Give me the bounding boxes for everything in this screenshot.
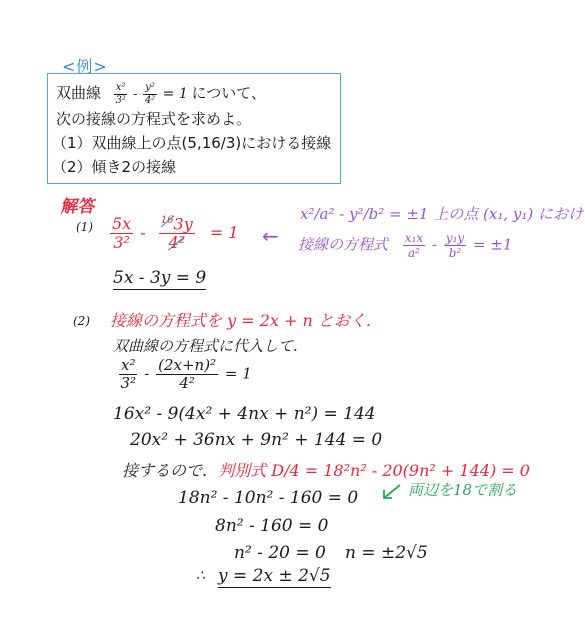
- fraction-term2: y² 4²: [143, 83, 157, 106]
- part2-substitute: 双曲線の方程式に代入して.: [113, 335, 298, 356]
- problem-line1-prefix: 双曲線: [56, 84, 101, 102]
- hyperbola-equation: x² 3² - y² 4² = 1: [112, 87, 192, 101]
- part1-frac2: 163y 4²: [159, 216, 195, 251]
- problem-line1-suffix: について、: [192, 84, 266, 102]
- green-arrow-icon: [380, 482, 404, 502]
- green-note: 両辺を18で割る: [408, 479, 517, 500]
- part2-answer: y = 2x ± 2√5: [218, 566, 331, 586]
- crossed-numerator: 16: [161, 216, 174, 226]
- part2-setup: 接線の方程式を y = 2x + n とおく.: [110, 308, 371, 331]
- purple-arrow: ←: [262, 224, 279, 248]
- part2-eq2: 16x² - 9(4x² + 4nx + n²) = 144: [113, 404, 376, 424]
- therefore-symbol: ∴: [196, 568, 205, 584]
- part2-discriminant-line: 接するので. 判別式 D/4 = 18²n² - 20(9n² + 144) =…: [122, 458, 530, 481]
- problem-line-1: 双曲線 x² 3² - y² 4² = 1 について、: [56, 82, 266, 106]
- part1-answer: 5x - 3y = 9: [113, 268, 206, 288]
- fraction-term1: x² 3²: [114, 83, 128, 106]
- problem-item-2: （2）傾き2の接線: [52, 156, 176, 177]
- part2-eq1: x² 3² - (2x+n)² 4² = 1: [117, 358, 252, 391]
- part1-tangent-equation: 5x 3² - 163y 4² = 1: [108, 216, 239, 251]
- part2-eq6: n² - 20 = 0: [234, 543, 326, 563]
- part1-frac1: 5x 3²: [110, 216, 133, 251]
- purple-note-line1: x²/a² - y²/b² = ±1 上の点 (x₁, y₁) における: [300, 203, 585, 224]
- part2-n-value: n = ±2√5: [345, 543, 428, 563]
- part2-eq3: 20x² + 36nx + 9n² + 144 = 0: [130, 430, 382, 450]
- part1-label: (1): [76, 220, 93, 234]
- crossed-denominator: 4²: [168, 235, 185, 251]
- part2-label: (2): [73, 314, 90, 328]
- problem-line-2: 次の接線の方程式を求めよ。: [56, 108, 251, 129]
- solution-heading: 解答: [60, 192, 98, 217]
- problem-item-1: （1）双曲線上の点(5,16/3)における接線: [52, 132, 331, 153]
- problem-box: 双曲線 x² 3² - y² 4² = 1 について、 次の接線の方程式を求めよ…: [47, 73, 341, 184]
- part2-eq5: 8n² - 160 = 0: [215, 516, 328, 536]
- purple-note-line2: 接線の方程式 x₁x a² - y₁y b² = ±1: [298, 232, 512, 259]
- part2-eq4: 18n² - 10n² - 160 = 0: [178, 488, 358, 508]
